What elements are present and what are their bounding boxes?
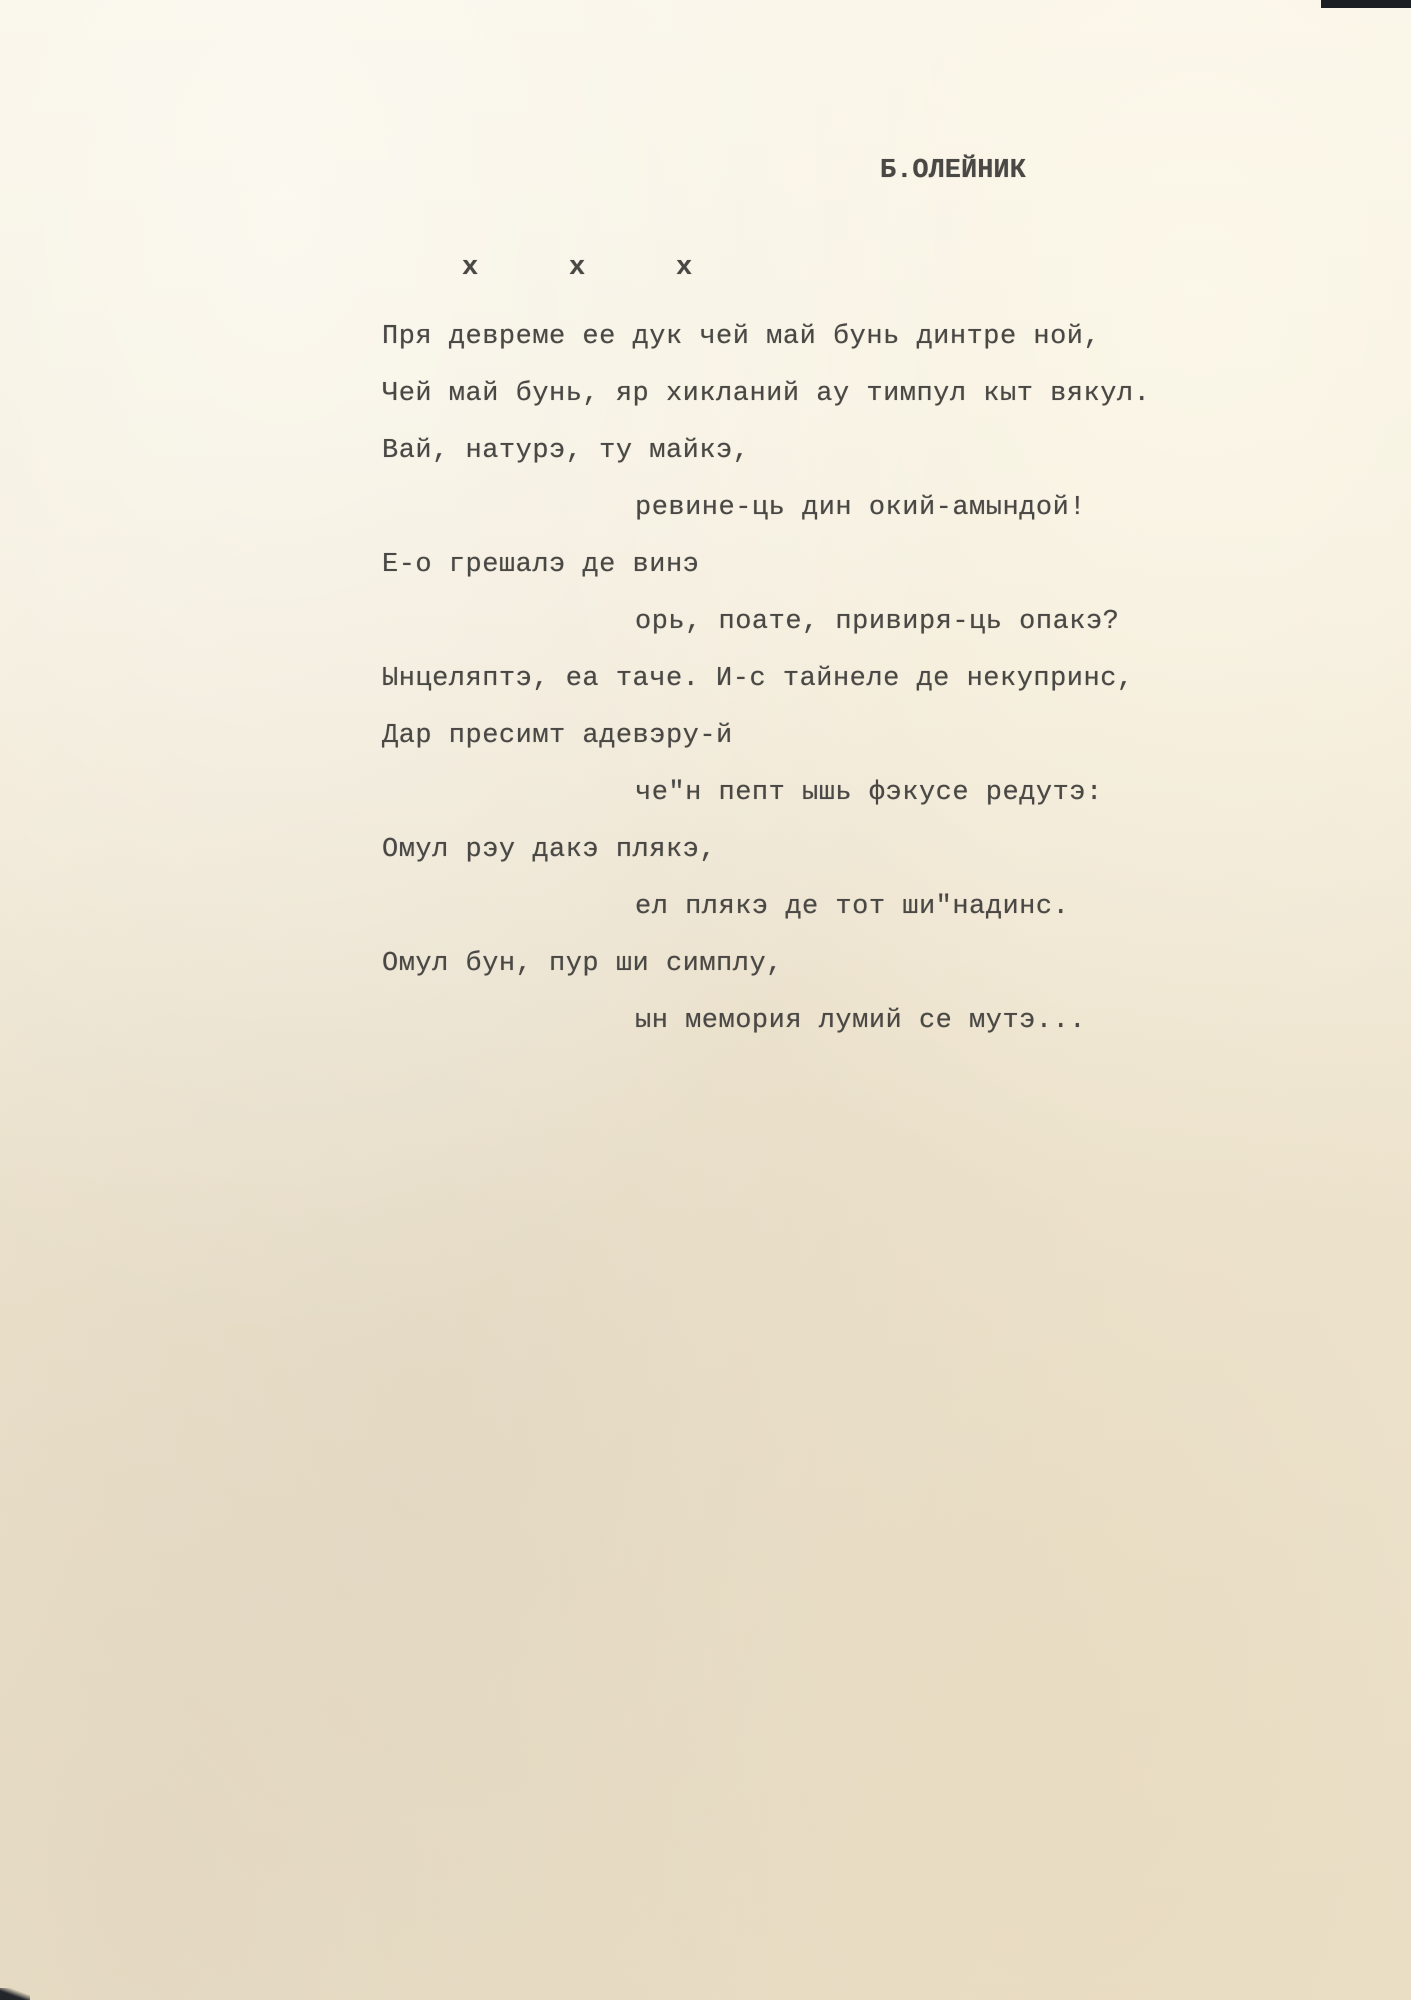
author-name: Б.ОЛЕЙНИК [880, 156, 1026, 186]
section-separator: х х х [462, 253, 783, 283]
separator-mark: х [676, 253, 783, 283]
scan-corner [0, 1988, 30, 2000]
poem-line: орь, поате, привиря-ць опакэ? [635, 607, 1119, 637]
poem-line: Чей май бунь, яр хикланий ау тимпул кыт … [382, 379, 1150, 409]
separator-mark: х [462, 253, 569, 283]
poem-line: ел плякэ де тот ши"надинс. [635, 892, 1069, 922]
poem-line: Е-о грешалэ де винэ [382, 550, 699, 580]
separator-mark: х [569, 253, 676, 283]
poem-line: ын мемория лумий се мутэ... [635, 1006, 1086, 1036]
paper-page: Б.ОЛЕЙНИК х х х Пря девреме ее дук чей м… [0, 0, 1411, 2000]
scan-edge [1321, 0, 1411, 8]
poem-line: Ынцеляптэ, еа таче. И-с тайнеле де некуп… [382, 664, 1134, 694]
poem-line: че"н пепт ышь фэкусе редутэ: [635, 778, 1103, 808]
poem-line: Омул бун, пур ши симплу, [382, 949, 783, 979]
poem-line: Вай, натурэ, ту майкэ, [382, 436, 749, 466]
poem-line: Дар пресимт адевэру-й [382, 721, 733, 751]
poem-line: Омул рэу дакэ плякэ, [382, 835, 716, 865]
poem-line: ревине-ць дин окий-амындой! [635, 493, 1086, 523]
poem-line: Пря девреме ее дук чей май бунь динтре н… [382, 322, 1100, 352]
